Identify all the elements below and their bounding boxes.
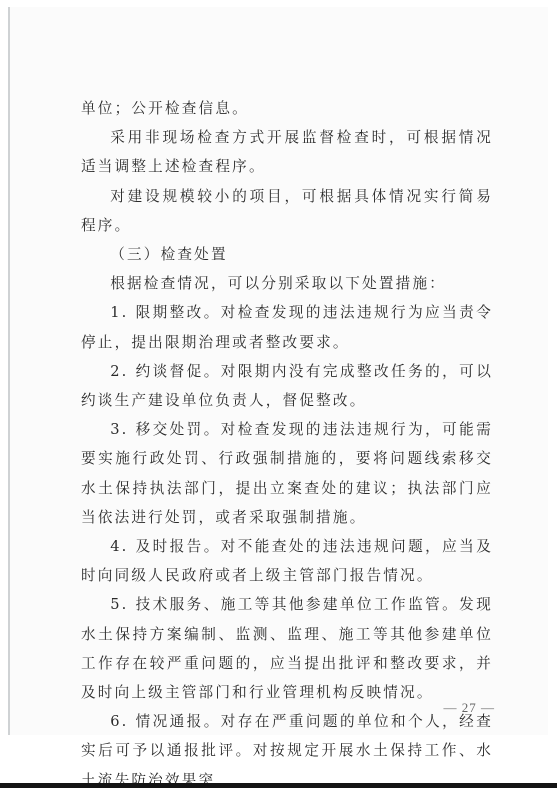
paragraph-continuation: 单位；公开检查信息。 [81,94,493,123]
list-item-contractor-supervision: 5. 技术服务、施工等其他参建单位工作监管。发现水土保持方案编制、监测、监理、施… [81,590,493,707]
list-item-timely-report: 4. 及时报告。对不能查处的违法违规问题，应当及时向同级人民政府或者上级主管部门… [81,532,493,590]
paragraph-simplified-procedure: 对建设规模较小的项目，可根据具体情况实行简易程序。 [81,182,493,240]
list-item-notification: 6. 情况通报。对存在严重问题的单位和个人，经查实后可予以通报批评。对按规定开展… [81,707,493,788]
section-heading-inspection-handling: （三）检查处置 [81,240,493,269]
paragraph-non-site-inspection: 采用非现场检查方式开展监督检查时，可根据情况适当调整上述检查程序。 [81,123,493,181]
list-item-interview: 2. 约谈督促。对限期内没有完成整改任务的，可以约谈生产建设单位负责人，督促整改… [81,357,493,415]
page-number: — 27 — [425,700,495,716]
list-item-rectification: 1. 限期整改。对检查发现的违法违规行为应当责令停止，提出限期治理或者整改要求。 [81,298,493,356]
paragraph-measures-intro: 根据检查情况，可以分别采取以下处置措施： [81,269,493,298]
list-item-penalty-transfer: 3. 移交处罚。对检查发现的违法违规行为，可能需要实施行政处罚、行政强制措施的，… [81,415,493,532]
document-body: 单位；公开检查信息。 采用非现场检查方式开展监督检查时，可根据情况适当调整上述检… [81,94,493,788]
bottom-border [0,783,557,788]
